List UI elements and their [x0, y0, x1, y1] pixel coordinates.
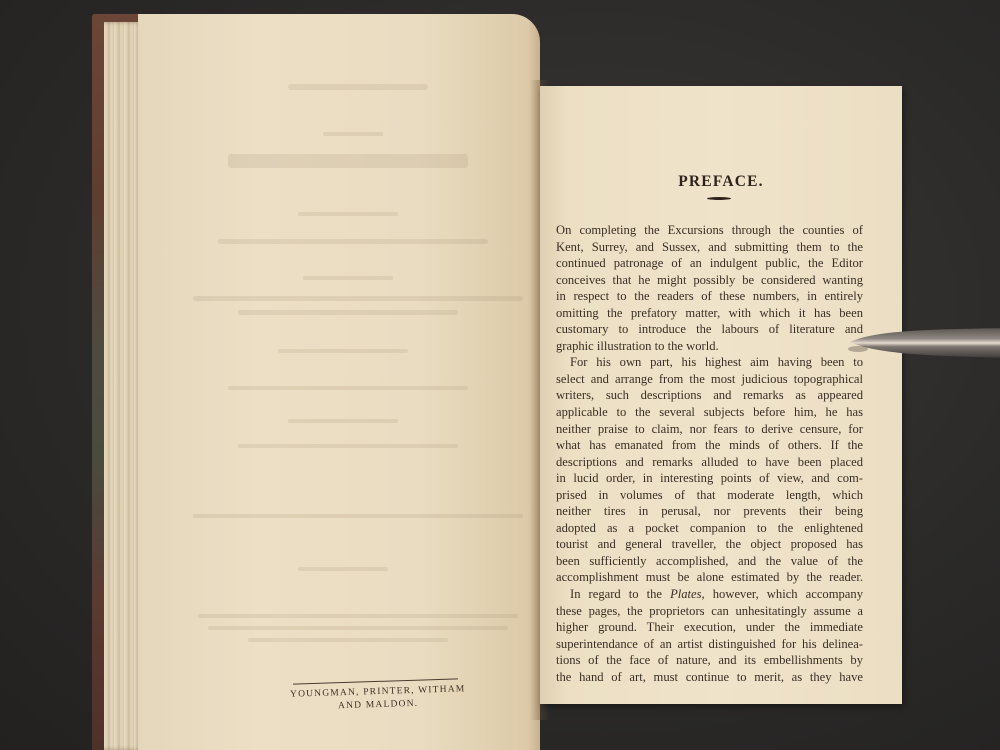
paragraph-2: For his own part, his highest aim having… — [556, 354, 863, 586]
faded-title-line — [228, 154, 468, 168]
text-line: continued patronage of an indulgent publ… — [556, 255, 863, 272]
text-line: descriptions and remarks alluded to have… — [556, 454, 863, 471]
faded-title-line — [298, 567, 388, 571]
text-line: been sufficiently accomplished, and the … — [556, 553, 863, 570]
faded-title-line — [298, 212, 398, 216]
text-line: tions of the face of nature, and its emb… — [556, 652, 863, 669]
text-line: omitting the prefatory matter, with whic… — [556, 305, 863, 322]
faded-title-line — [303, 276, 393, 280]
paragraph-1: On completing the Excursions through the… — [556, 222, 863, 354]
text-line: accomplishment must be alone estimated b… — [556, 569, 863, 586]
text-line: In regard to the Plates, however, which … — [556, 586, 863, 603]
faded-title-line — [323, 132, 383, 136]
text-line: applicable to the several subjects befor… — [556, 404, 863, 421]
text-line: select and arrange from the most judicio… — [556, 371, 863, 388]
text-line: these pages, the proprietors can unhesit… — [556, 603, 863, 620]
faded-title-line — [228, 386, 468, 390]
text-line: conceives that he might possibly be cons… — [556, 272, 863, 289]
text-line: tourist and general traveller, the objec… — [556, 536, 863, 553]
italic-word-plates: Plates — [670, 587, 701, 601]
faded-title-line — [198, 614, 518, 618]
text-line: the hand of art, must continue to merit,… — [556, 669, 863, 686]
text-line: For his own part, his highest aim having… — [556, 354, 863, 371]
text-line: superintendance of an artist distinguish… — [556, 636, 863, 653]
text-fragment: In regard to the — [570, 587, 670, 601]
metal-pointer-icon — [848, 324, 1000, 360]
printer-imprint: YOUNGMAN, PRINTER, WITHAM AND MALDON. — [288, 683, 469, 715]
faded-title-line — [278, 349, 408, 353]
faded-title-line — [288, 419, 398, 423]
text-line: neither tires in perusal, nor prevents t… — [556, 503, 863, 520]
faded-title-line — [208, 626, 508, 630]
faded-title-line — [248, 638, 448, 642]
faded-title-line — [288, 84, 428, 90]
faded-title-line — [238, 310, 458, 315]
text-line: Kent, Surrey, and Sussex, and submitting… — [556, 239, 863, 256]
text-line: prised in volumes of that moderate lengt… — [556, 487, 863, 504]
text-line: higher ground. Their execution, under th… — [556, 619, 863, 636]
faded-title-line — [193, 514, 523, 518]
text-line: graphic illustration to the world. — [556, 338, 863, 355]
heading-ornament — [707, 197, 731, 200]
photo-scene: ​ YOUNGMAN, PRINTER, WITHAM AND MALDON. … — [0, 0, 1000, 750]
text-line: writers, such descriptions and remarks a… — [556, 387, 863, 404]
text-line: customary to introduce the labours of li… — [556, 321, 863, 338]
paragraph-3: In regard to the Plates, however, which … — [556, 586, 863, 685]
text-line: what has emanated from the minds of othe… — [556, 437, 863, 454]
left-page-title: ​ YOUNGMAN, PRINTER, WITHAM AND MALDON. — [138, 14, 540, 750]
text-line: adopted as a pocket companion to the enl… — [556, 520, 863, 537]
text-line: in lucid order, in interesting points of… — [556, 470, 863, 487]
text-fragment: , however, which accompany — [702, 587, 863, 601]
preface-heading: PREFACE. — [540, 173, 902, 191]
text-line: neither praise to claim, nor fears to de… — [556, 421, 863, 438]
faded-title-line — [238, 444, 458, 448]
page-block-edge — [104, 22, 142, 750]
preface-body: On completing the Excursions through the… — [556, 222, 863, 685]
text-line: in respect to the readers of these numbe… — [556, 288, 863, 305]
text-line: On completing the Excursions through the… — [556, 222, 863, 239]
faded-title-line — [218, 239, 488, 244]
faded-title-line — [193, 296, 523, 301]
